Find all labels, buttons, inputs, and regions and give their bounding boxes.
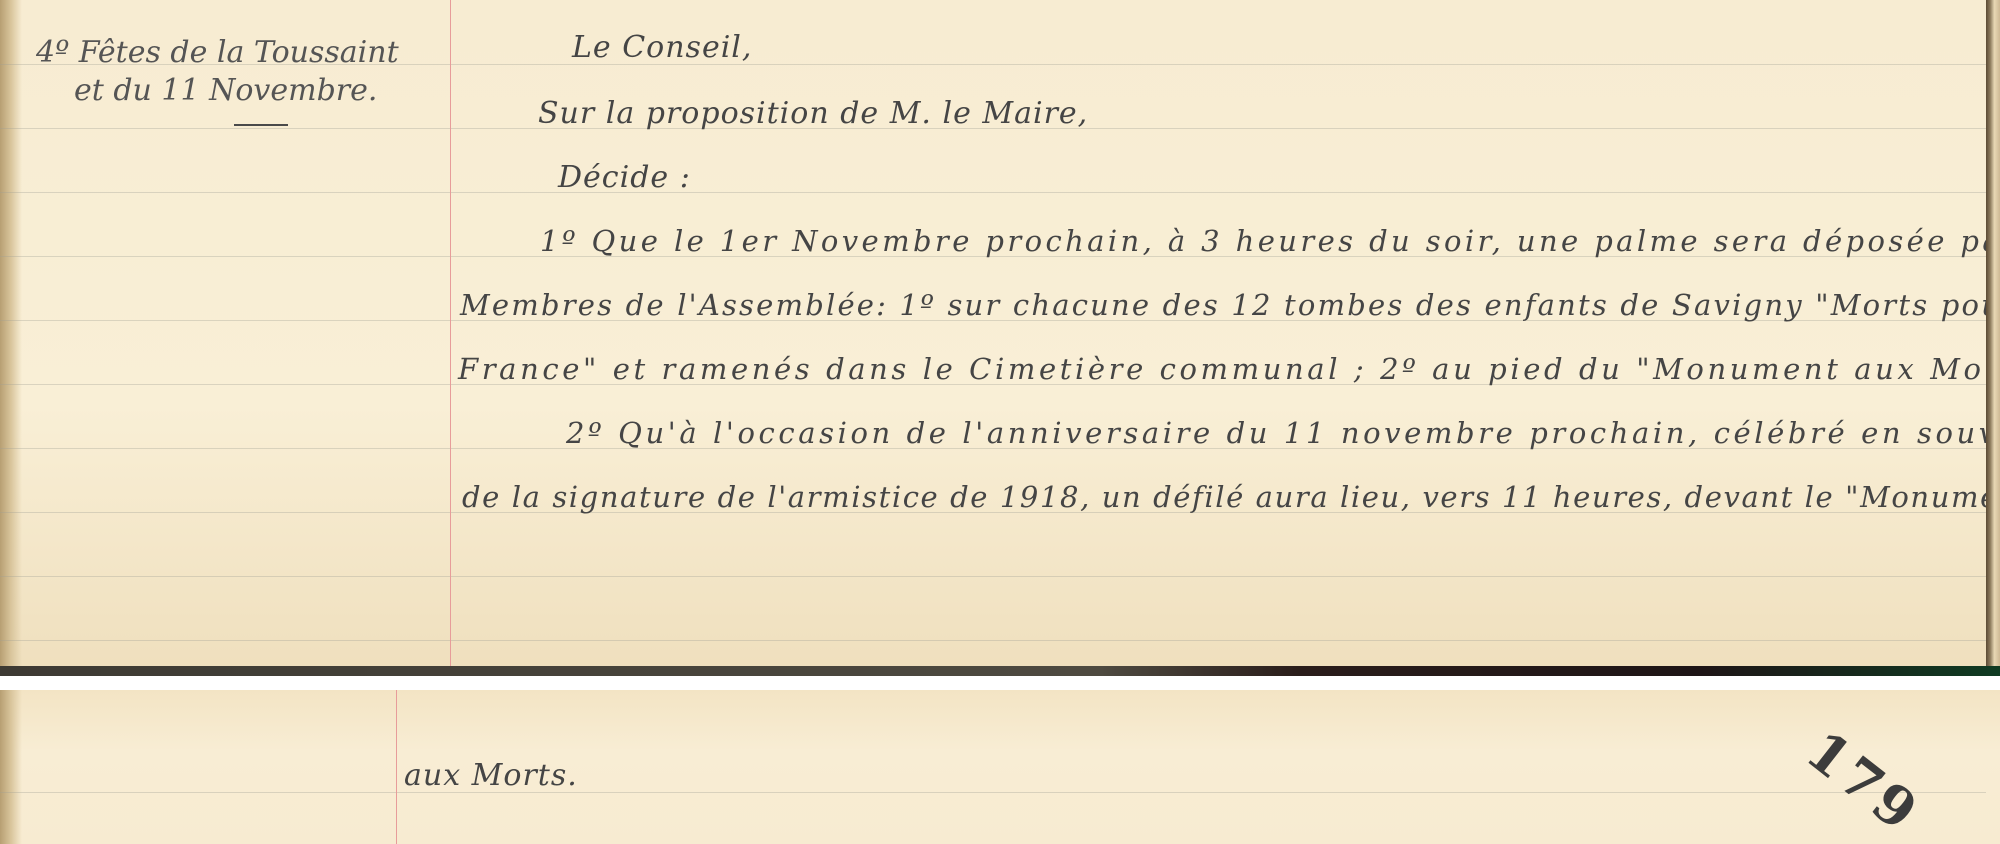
binding-shadow — [0, 690, 22, 844]
body-line-le-conseil: Le Conseil, — [572, 30, 752, 65]
ruled-line — [0, 576, 1986, 577]
margin-rule — [450, 0, 451, 676]
register-page-top: 4º Fêtes de la Toussaint et du 11 Novemb… — [0, 0, 2000, 676]
ruled-line — [0, 640, 1986, 641]
register-page-bottom: aux Morts. — [0, 690, 2000, 844]
book-cover-edge — [0, 666, 2000, 676]
body-line-decide: Décide : — [558, 160, 691, 195]
body-line-aux-morts: aux Morts. — [404, 758, 578, 793]
body-line-article-2-cont: de la signature de l'armistice de 1918, … — [462, 480, 2000, 514]
ruled-line — [0, 192, 1986, 193]
ruled-line — [0, 792, 1986, 793]
body-line-article-1-cont-b: France" et ramenés dans le Cimetière com… — [458, 352, 2000, 386]
margin-rule — [396, 690, 397, 844]
margin-heading-line-2: et du 11 Novembre. — [36, 72, 399, 110]
body-line-article-1: 1º Que le 1er Novembre prochain, à 3 heu… — [540, 224, 2000, 258]
body-line-article-2: 2º Qu'à l'occasion de l'anniversaire du … — [566, 416, 2000, 450]
scan-separator — [0, 676, 2000, 690]
page-edge — [1986, 0, 2000, 676]
margin-heading-line-1: 4º Fêtes de la Toussaint — [36, 34, 399, 72]
body-line-article-1-cont-a: Membres de l'Assemblée: 1º sur chacune d… — [460, 288, 2000, 322]
body-line-proposition: Sur la proposition de M. le Maire, — [538, 96, 1088, 131]
binding-shadow — [0, 0, 22, 676]
margin-heading: 4º Fêtes de la Toussaint et du 11 Novemb… — [36, 34, 399, 110]
heading-underline — [234, 124, 288, 126]
